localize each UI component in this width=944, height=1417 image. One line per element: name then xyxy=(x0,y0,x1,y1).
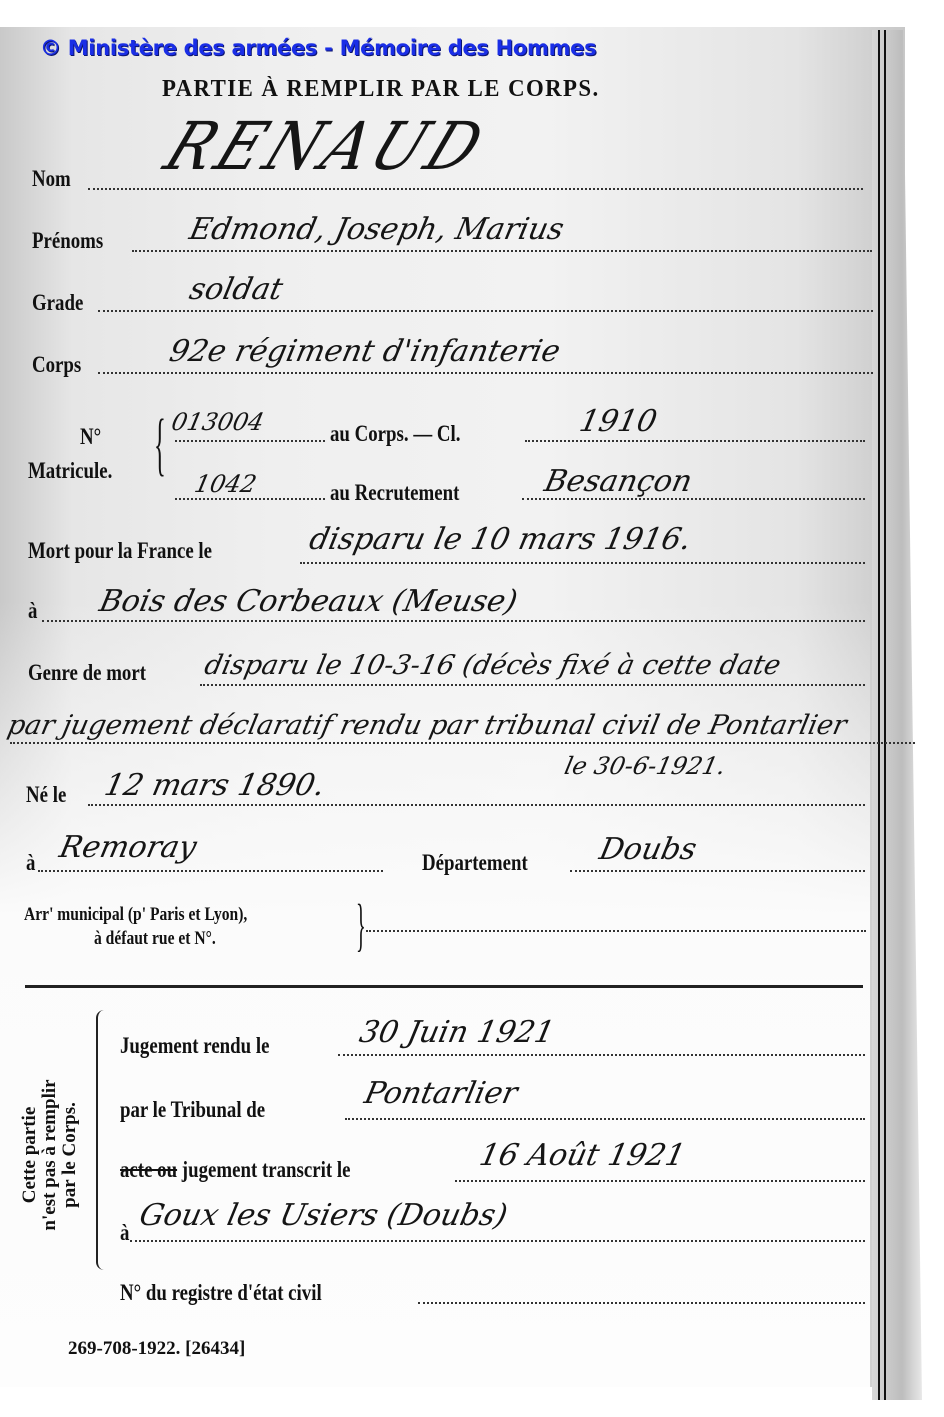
side-note-line-2: n'est pas à remplir xyxy=(40,1060,60,1250)
mort-line xyxy=(300,562,865,564)
lieu-mort-label: à xyxy=(28,598,37,624)
lieu-mort-value: Bois des Corbeaux (Meuse) xyxy=(96,584,520,619)
transcrit-label: acte ou jugement transcrit le xyxy=(120,1157,350,1183)
grade-label: Grade xyxy=(32,290,83,316)
matricule-brace: { xyxy=(154,410,166,480)
arrondissement-line xyxy=(366,930,866,932)
corps-value: 92e régiment d'infanterie xyxy=(166,334,563,369)
tribunal-line xyxy=(345,1118,865,1120)
corps-line xyxy=(98,372,873,374)
lieu-naissance-value: Remoray xyxy=(56,830,199,865)
genre-mort-line xyxy=(200,684,865,686)
arrondissement-label-1: Arr' municipal (p' Paris et Lyon), xyxy=(24,904,247,926)
genre-mort-line-2 xyxy=(10,742,915,744)
grade-line xyxy=(98,310,873,312)
genre-mort-label: Genre de mort xyxy=(28,660,146,686)
corps-label: Corps xyxy=(32,352,81,378)
side-note: Cette partie n'est pas à remplir par le … xyxy=(20,1060,80,1250)
side-note-line-3: par le Corps. xyxy=(60,1060,80,1250)
recrutement-value: Besançon xyxy=(541,464,695,499)
prenoms-value: Edmond, Joseph, Marius xyxy=(186,212,567,247)
mort-label: Mort pour la France le xyxy=(28,538,212,564)
departement-value: Doubs xyxy=(596,832,699,867)
nom-value: RENAUD xyxy=(154,108,498,185)
prenoms-line xyxy=(132,250,872,252)
lieu-transcription-value: Goux les Usiers (Doubs) xyxy=(136,1198,510,1233)
recrutement-label: au Recrutement xyxy=(330,480,459,506)
nom-label: Nom xyxy=(32,166,71,192)
recrutement-number: 1042 xyxy=(192,470,259,498)
jugement-value: 30 Juin 1921 xyxy=(356,1015,557,1050)
margin-rule-left xyxy=(878,30,880,1400)
lieu-transcription-label: à xyxy=(120,1220,129,1246)
classe-value: 1910 xyxy=(576,404,660,439)
lower-section-bracket xyxy=(96,1010,108,1270)
jugement-label: Jugement rendu le xyxy=(120,1033,269,1059)
copyright-watermark: © Ministère des armées - Mémoire des Hom… xyxy=(40,36,596,60)
lieu-transcription-line xyxy=(130,1240,865,1242)
matricule-corps-line xyxy=(175,440,325,442)
jugement-line xyxy=(338,1054,865,1056)
transcrit-label-struck: acte ou xyxy=(120,1157,177,1182)
transcrit-value: 16 Août 1921 xyxy=(476,1138,688,1173)
section-divider xyxy=(25,985,863,988)
classe-line xyxy=(525,440,865,442)
transcrit-label-text: jugement transcrit le xyxy=(182,1157,351,1182)
grade-value: soldat xyxy=(186,272,286,307)
arrondissement-brace: } xyxy=(356,896,366,954)
tribunal-value: Pontarlier xyxy=(361,1076,520,1111)
matricule-label: Matricule. xyxy=(28,458,112,484)
print-reference: 269-708-1922. [26434] xyxy=(68,1338,245,1360)
naissance-line xyxy=(88,804,865,806)
genre-mort-value-3: le 30-6-1921. xyxy=(562,752,728,780)
matricule-corps-number: 013004 xyxy=(169,408,267,436)
lieu-naissance-line xyxy=(38,870,383,872)
form-title: PARTIE À REMPLIR PAR LE CORPS. xyxy=(162,76,600,103)
registre-line xyxy=(418,1302,865,1304)
mort-value: disparu le 10 mars 1916. xyxy=(306,522,694,557)
lieu-mort-line xyxy=(42,620,865,622)
naissance-label: Né le xyxy=(26,782,66,808)
transcrit-line xyxy=(455,1180,865,1182)
arrondissement-label-2: à défaut rue et N°. xyxy=(94,928,216,950)
matricule-label-no: N° xyxy=(80,424,101,450)
genre-mort-value-2: par jugement déclaratif rendu par tribun… xyxy=(5,710,850,741)
tribunal-label: par le Tribunal de xyxy=(120,1097,265,1123)
departement-label: Département xyxy=(422,850,528,876)
departement-line xyxy=(570,870,865,872)
lieu-naissance-label: à xyxy=(26,850,35,876)
margin-rule-right xyxy=(884,30,886,1400)
nom-line xyxy=(88,188,863,190)
recrutement-number-line xyxy=(175,498,325,500)
genre-mort-value-1: disparu le 10-3-16 (décès fixé à cette d… xyxy=(202,650,784,681)
registre-label: N° du registre d'état civil xyxy=(120,1280,322,1306)
au-corps-label: au Corps. — Cl. xyxy=(330,421,460,447)
prenoms-label: Prénoms xyxy=(32,228,103,254)
naissance-value: 12 mars 1890. xyxy=(101,768,328,803)
side-note-line-1: Cette partie xyxy=(20,1060,40,1250)
